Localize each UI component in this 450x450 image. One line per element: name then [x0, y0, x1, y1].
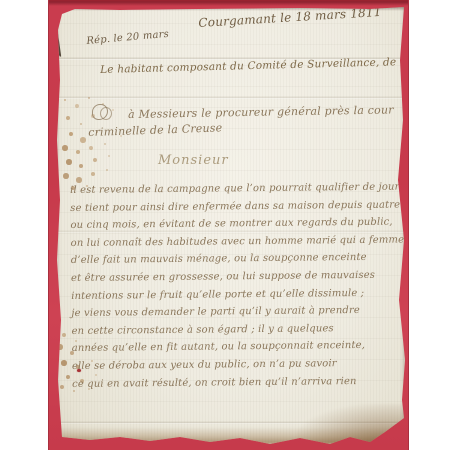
body-line: je viens vous demander le parti qu’il y …: [71, 302, 403, 323]
body-line: années qu’elle en fit autant, ou la soup…: [72, 337, 404, 358]
fold-crease: [55, 96, 407, 99]
salutation: Monsieur: [158, 153, 229, 168]
letter-body: il est revenu de la campagne que l’on po…: [70, 179, 404, 394]
flourish-mark: [92, 104, 108, 120]
letter-photo: Rép. le 20 mars Courgamant le 18 mars 18…: [0, 0, 450, 450]
letter-paper: Rép. le 20 mars Courgamant le 18 mars 18…: [55, 6, 407, 444]
body-line: ce qui en avait résulté, on croit bien q…: [72, 372, 404, 393]
foxing-stains-upper: [62, 95, 64, 97]
address-line-2: criminelle de la Creuse: [88, 121, 223, 139]
docket-annotation: Rép. le 20 mars: [86, 29, 169, 47]
address-line-1: à Messieurs le procureur général près la…: [128, 103, 394, 121]
